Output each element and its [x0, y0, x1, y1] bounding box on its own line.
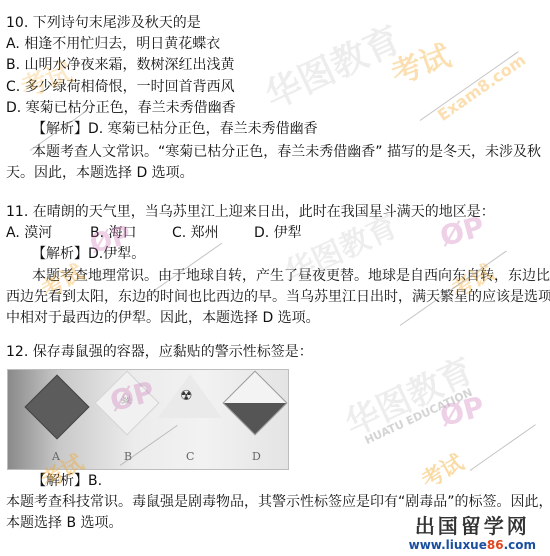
q11-options: A. 漠河B. 海口C. 郑州D. 伊犁: [6, 224, 302, 242]
q10-question: 10. 下列诗句末尾涉及秋天的是: [6, 14, 201, 32]
huatu-watermark-en: HUATU EDUCATION: [363, 386, 475, 447]
q10-option-a: A. 相逢不用忙归去，明日黄花蝶衣: [6, 35, 220, 53]
watermark-stroke: [470, 424, 536, 471]
q10-explanation-line1: 本题考查人文常识。“寒菊已枯分正色，春兰未秀借幽香” 描写的是冬天，未涉及秋: [32, 143, 541, 161]
q11-explanation-line2: 西边先看到太阳，东边的时间也比西边的早。当乌苏里江日出时，满天繁星的应该是选项: [6, 288, 550, 306]
radiation-icon: ☢: [180, 388, 193, 404]
liuxue86-logo[interactable]: 出国留学网 www.liuxue86.com: [409, 514, 536, 552]
q10-analysis-label: 【解析】D. 寒菊已枯分正色，春兰未秀借幽香: [32, 120, 318, 138]
exam8-watermark-brand: Exam8.com: [434, 50, 529, 125]
q11-option-a: A. 漠河: [6, 224, 90, 242]
logo-name: 出国留学网: [409, 514, 536, 538]
logo-url: www.liuxue86.com: [409, 538, 536, 552]
q10-option-c: C. 多少绿荷相倚恨，一时回首背西风: [6, 78, 235, 96]
corrosive-sign-icon: [222, 370, 287, 435]
explosive-sign-icon: [24, 374, 89, 439]
q12-question: 12. 保存毒鼠强的容器，应黏贴的警示性标签是：: [6, 343, 313, 361]
hazard-labels-image: ☠ ☢ A B C D: [7, 369, 289, 470]
q12-explanation-line2: 本题选择 B 选项。: [6, 514, 123, 532]
q11-analysis-label: 【解析】D.伊犁。: [32, 245, 145, 263]
label-c: C: [186, 450, 194, 463]
q10-option-d: D. 寒菊已枯分正色，春兰未秀借幽香: [6, 99, 236, 117]
q11-option-c: C. 郑州: [172, 224, 254, 242]
q10-explanation-line2: 天。因此，本题选择 D 选项。: [6, 164, 194, 182]
exam8-watermark-logo: 考试: [384, 31, 455, 93]
watermark-stroke: [420, 51, 519, 121]
q10-option-b: B. 山明水净夜来霜，数树深红出浅黄: [6, 56, 235, 74]
q11-option-d: D. 伊犁: [254, 224, 302, 242]
skull-icon: ☠: [120, 392, 133, 408]
q11-question: 11. 在晴朗的天气里，当乌苏里江上迎来日出，此时在我国星斗满天的地区是：: [6, 203, 495, 221]
q11-explanation-line1: 本题考查地理常识。由于地球自转，产生了昼夜更替。地球是自西向东自转，东边比: [32, 267, 550, 285]
exam8-watermark-text: 考试: [387, 39, 455, 92]
exam8-watermark-lower-right: ØP: [436, 390, 487, 433]
q11-option-b: B. 海口: [90, 224, 172, 242]
huatu-watermark-lower: 华图教育: [336, 344, 480, 446]
q12-explanation-line1: 本题考查科技常识。毒鼠强是剧毒物品，其警示性标签应是印有“剧毒品”的标签。因此，: [6, 493, 550, 511]
q11-explanation-line3: 中相对于最西边的伊犁。因此，本题选择 D 选项。: [6, 309, 320, 327]
huatu-watermark: 华图教育: [256, 12, 408, 119]
exam8-watermark-bottom-right: 考试: [415, 446, 469, 495]
label-d: D: [252, 450, 261, 463]
label-a: A: [52, 450, 60, 463]
q12-analysis-label: 【解析】B.: [32, 472, 102, 490]
